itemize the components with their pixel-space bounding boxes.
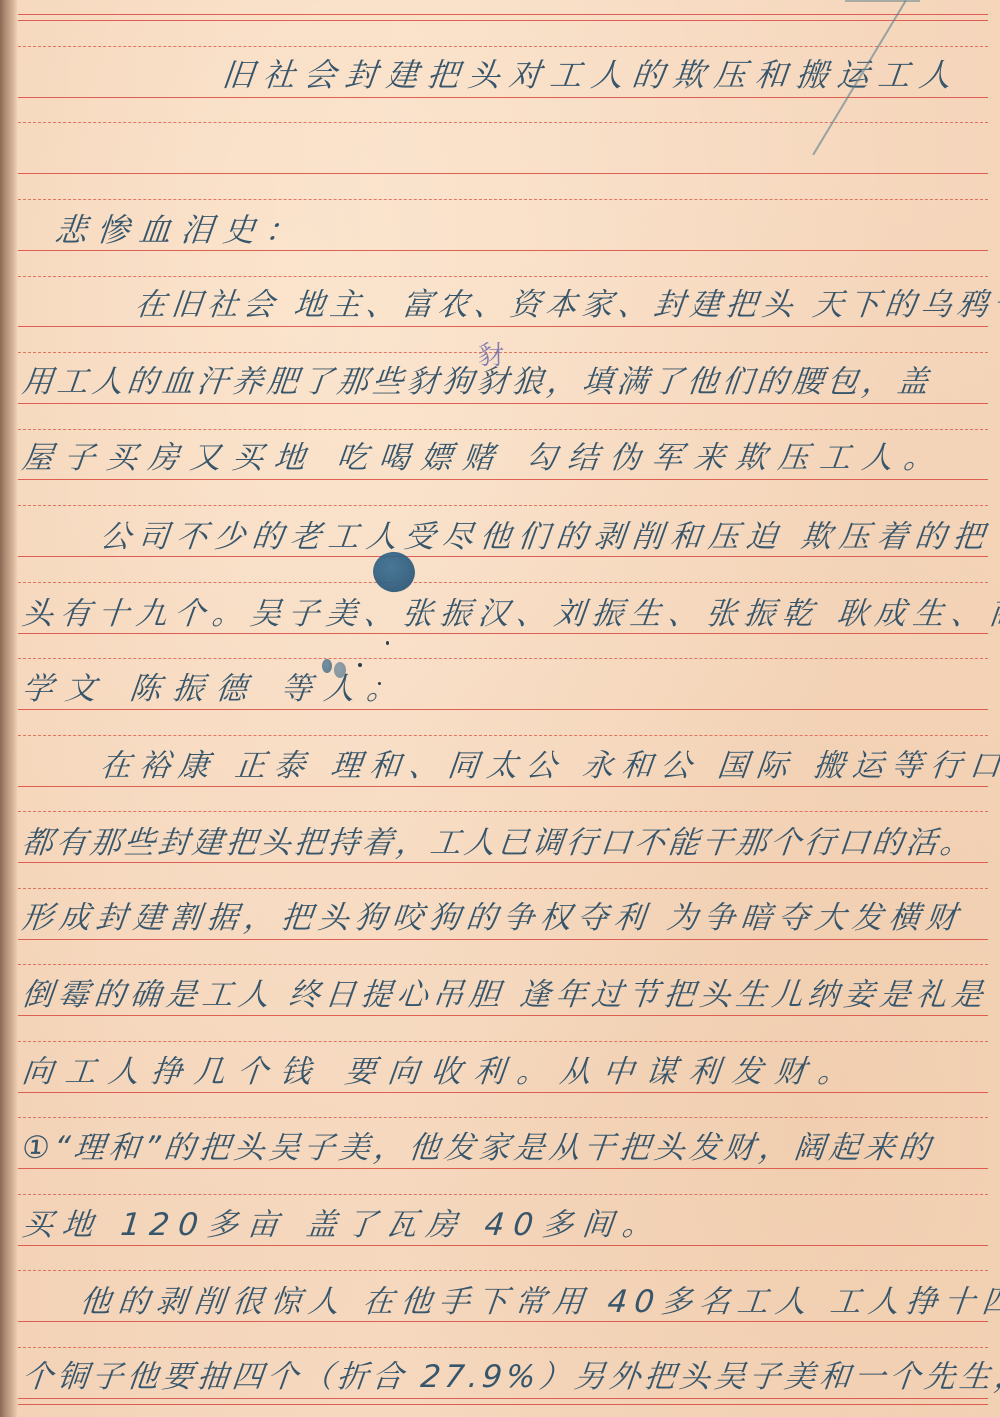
- rule-dashed: [18, 1041, 988, 1042]
- rule-dashed: [18, 1270, 988, 1271]
- text-line-10: 倒霉的确是工人 终日提心吊胆 逢年过节把头生儿纳妾是礼是: [19, 970, 990, 1020]
- text-line-7: 在裕康 正泰 理和、同太公 永和公 国际 搬运等行口、: [97, 741, 1000, 791]
- text-line-14: 他的剥削很惊人 在他手下常用 40多名工人 工人挣十四: [77, 1277, 1000, 1327]
- rule-solid: [18, 173, 988, 174]
- rule-dashed: [18, 1117, 988, 1118]
- ink-blot-small-1: [322, 659, 332, 673]
- rule-dashed: [18, 735, 988, 736]
- text-line-11: 向工人挣几个钱 要向收利。从中谋利发财。: [19, 1047, 863, 1097]
- rule-dashed: [18, 429, 988, 430]
- text-line-1: 在旧社会 地主、富农、资本家、封建把头 天下的乌鸦一般黑: [132, 280, 1000, 330]
- text-line-12: ①“理和”的把头吴子美，他发家是从干把头发财，阔起来的: [19, 1123, 936, 1173]
- document-subtitle: 悲惨血泪史：: [52, 205, 309, 255]
- text-line-2: 用工人的血汗养肥了那些豺狗豺狼，填满了他们的腰包，盖: [19, 357, 934, 407]
- binding-edge: [0, 0, 18, 1417]
- text-line-4: 公司不少的老工人受尽他们的剥削和压迫 欺压着的把: [97, 512, 993, 562]
- rule-dashed: [18, 582, 988, 583]
- ink-speck: [358, 663, 362, 667]
- ink-blot-small-2: [334, 662, 346, 678]
- rule-top-2: [18, 20, 988, 21]
- text-line-9: 形成封建割据，把头狗咬狗的争权夺利 为争暗夺大发横财: [19, 893, 965, 943]
- rule-dashed: [18, 505, 988, 506]
- ink-speck: [378, 682, 381, 685]
- rule-dashed: [18, 1194, 988, 1195]
- text-line-3: 屋子买房又买地 吃喝嫖赌 勾结伪军来欺压工人。: [19, 433, 948, 483]
- text-line-13: 买地 120多亩 盖了瓦房 40多间。: [19, 1200, 664, 1250]
- ink-speck: [386, 641, 389, 645]
- rule-dashed: [18, 46, 988, 47]
- stray-pen-arc: [845, 0, 920, 2]
- rule-dashed: [18, 658, 988, 659]
- rule-dashed: [18, 888, 988, 889]
- text-line-15: 个铜子他要抽四个（折合 27.9%）另外把头吴子美和一个先生，: [19, 1352, 1000, 1402]
- text-line-8: 都有那些封建把头把持着，工人已调行口不能干那个行口的活。: [19, 818, 976, 868]
- rule-dashed: [18, 964, 988, 965]
- correction-mark: 豺: [478, 335, 504, 372]
- rule-dashed: [18, 1347, 988, 1348]
- rule-dashed: [18, 811, 988, 812]
- text-line-5: 头有十九个。吴子美、张振汉、刘振生、张振乾 耿成生、商: [19, 589, 1000, 639]
- rule-dashed: [18, 276, 988, 277]
- text-line-6: 学文 陈振德 等人。: [19, 664, 412, 714]
- rule-top-1: [18, 14, 988, 15]
- rule-solid: [18, 1404, 988, 1405]
- rule-dashed: [18, 199, 988, 200]
- rule-dashed: [18, 122, 988, 123]
